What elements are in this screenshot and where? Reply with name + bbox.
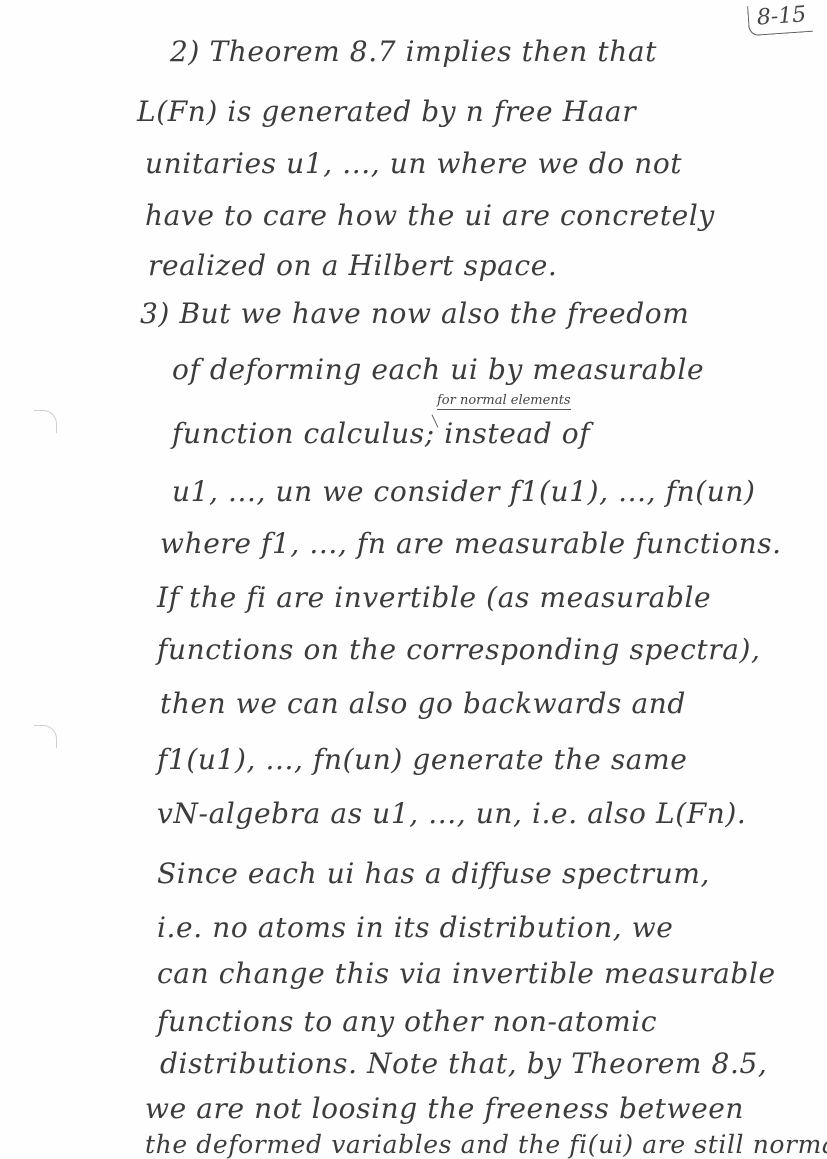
text-line: have to care how the ui are concretely <box>145 202 715 230</box>
margin-insertion-note: for normal elements <box>437 393 571 410</box>
text-line: unitaries u1, ..., un where we do not <box>145 150 682 178</box>
text-line: L(Fn) is generated by n free Haar <box>137 98 636 126</box>
text-line: u1, ..., un we consider f1(u1), ..., fn(… <box>172 478 756 506</box>
page-number: 8-15 <box>747 2 813 36</box>
text-line: function calculus; instead of <box>172 420 590 448</box>
text-line: can change this via invertible measurabl… <box>157 960 776 988</box>
text-line: then we can also go backwards and <box>160 690 686 718</box>
text-line: we are not loosing the freeness between <box>145 1095 744 1123</box>
text-line: where f1, ..., fn are measurable functio… <box>160 530 782 558</box>
punch-hole-mark-top <box>34 410 57 433</box>
text-line: the deformed variables and the fi(ui) ar… <box>145 1132 827 1157</box>
text-line: f1(u1), ..., fn(un) generate the same <box>157 746 687 774</box>
handwritten-notes-page: 8-15 2) Theorem 8.7 implies then that L(… <box>0 0 827 1159</box>
text-line: Since each ui has a diffuse spectrum, <box>157 860 710 888</box>
text-line: 2) Theorem 8.7 implies then that <box>170 38 657 66</box>
text-line: i.e. no atoms in its distribution, we <box>157 914 673 942</box>
text-line: vN-algebra as u1, ..., un, i.e. also L(F… <box>157 800 746 828</box>
punch-hole-mark-bottom <box>34 725 57 748</box>
text-line: distributions. Note that, by Theorem 8.5… <box>160 1050 767 1078</box>
text-line: 3) But we have now also the freedom <box>140 300 689 328</box>
text-line: functions to any other non-atomic <box>157 1008 657 1036</box>
text-line: functions on the corresponding spectra), <box>157 636 761 664</box>
text-line: If the fi are invertible (as measurable <box>157 584 711 612</box>
text-line: of deforming each ui by measurable <box>172 356 704 384</box>
text-line: realized on a Hilbert space. <box>148 252 557 280</box>
